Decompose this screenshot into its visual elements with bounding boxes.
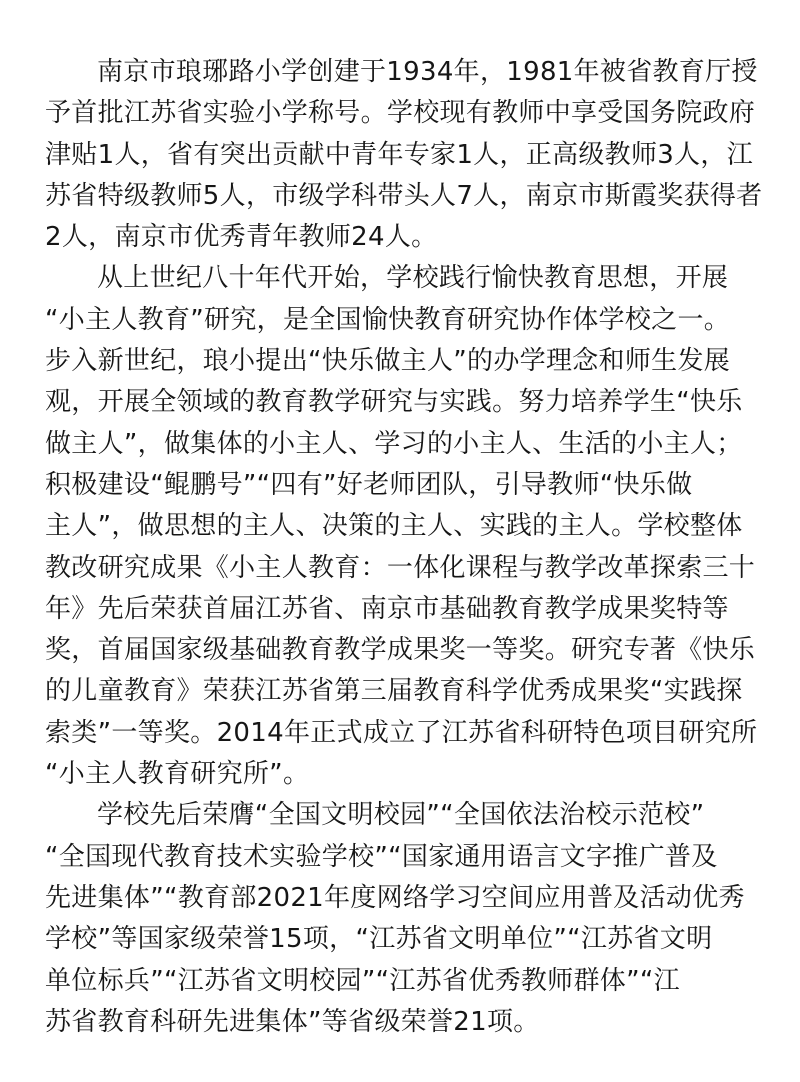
paragraph-education-philosophy: 从上世纪八十年代开始，学校践行愉快教育思想，开展 “小主人教育”研究，是全国愉快… [45, 258, 757, 795]
document-body: 南京市琅琊路小学创建于1934年，1981年被省教育厅授 予首批江苏省实验小学称… [45, 52, 757, 1043]
text-line: 苏省特级教师5人，市级学科带头人7人，南京市斯霞奖获得者 [45, 176, 757, 217]
text-line: 观，开展全领域的教育教学研究与实践。努力培养学生“快乐 [45, 382, 757, 423]
text-line: 先进集体”“教育部2021年度网络学习空间应用普及活动优秀 [45, 878, 757, 919]
text-line: 2人，南京市优秀青年教师24人。 [45, 217, 757, 258]
text-line: 积极建设“鲲鹏号”“四有”好老师团队，引导教师“快乐做 [45, 465, 757, 506]
page: { "page": { "background_color": "#ffffff… [0, 0, 800, 1082]
text-line: 单位标兵”“江苏省文明校园”“江苏省优秀教师群体”“江 [45, 961, 757, 1002]
text-line: 的儿童教育》荣获江苏省第三届教育科学优秀成果奖“实践探 [45, 671, 757, 712]
text-line: “小主人教育”研究，是全国愉快教育研究协作体学校之一。 [45, 300, 757, 341]
text-line: 步入新世纪，琅小提出“快乐做主人”的办学理念和师生发展 [45, 341, 757, 382]
text-line: 从上世纪八十年代开始，学校践行愉快教育思想，开展 [45, 258, 757, 299]
text-line: 津贴1人，省有突出贡献中青年专家1人，正高级教师3人，江 [45, 135, 757, 176]
text-line: 做主人”，做集体的小主人、学习的小主人、生活的小主人； [45, 424, 757, 465]
text-line: 予首批江苏省实验小学称号。学校现有教师中享受国务院政府 [45, 93, 757, 134]
text-line: 南京市琅琊路小学创建于1934年，1981年被省教育厅授 [45, 52, 757, 93]
text-line: “小主人教育研究所”。 [45, 754, 757, 795]
text-line: 索类”一等奖。2014年正式成立了江苏省科研特色项目研究所 [45, 713, 757, 754]
text-line: 主人”，做思想的主人、决策的主人、实践的主人。学校整体 [45, 506, 757, 547]
paragraph-honors: 学校先后荣膺“全国文明校园”“全国依法治校示范校” “全国现代教育技术实验学校”… [45, 795, 757, 1043]
text-line: 学校先后荣膺“全国文明校园”“全国依法治校示范校” [45, 795, 757, 836]
text-line: 教改研究成果《小主人教育：一体化课程与教学改革探索三十 [45, 548, 757, 589]
text-line: 苏省教育科研先进集体”等省级荣誉21项。 [45, 1002, 757, 1043]
text-line: 年》先后荣获首届江苏省、南京市基础教育教学成果奖特等 [45, 589, 757, 630]
paragraph-school-intro: 南京市琅琊路小学创建于1934年，1981年被省教育厅授 予首批江苏省实验小学称… [45, 52, 757, 258]
text-line: “全国现代教育技术实验学校”“国家通用语言文字推广普及 [45, 837, 757, 878]
text-line: 学校”等国家级荣誉15项，“江苏省文明单位”“江苏省文明 [45, 919, 757, 960]
text-line: 奖，首届国家级基础教育教学成果奖一等奖。研究专著《快乐 [45, 630, 757, 671]
